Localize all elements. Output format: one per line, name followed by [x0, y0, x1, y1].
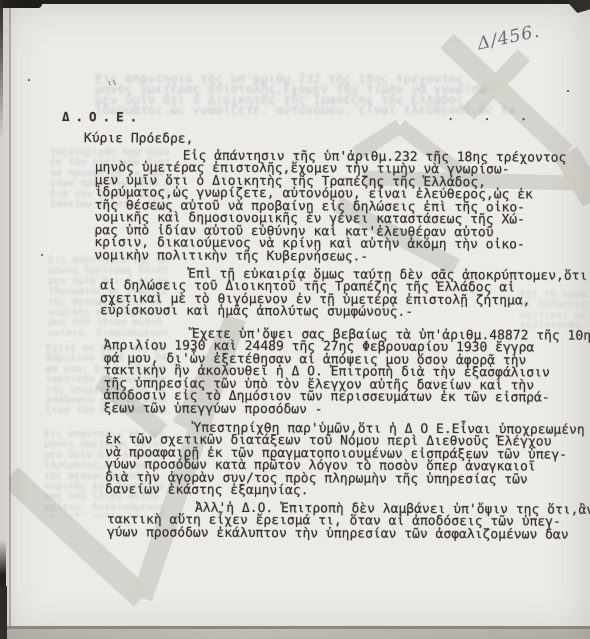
ink-dots-mark: · · · [447, 112, 538, 126]
paragraph-4: Ὑπεστηρίχθη παρ'ὑμῶν,ὅτι ἡ Δ Ο Ε.Εἶναι ὑ… [105, 422, 585, 499]
paragraph-1: Εἰς ἀπάντησιν τῆς ὑπ'ἀριθμ.232 τῆς 18ης … [94, 150, 566, 265]
scanned-letter-page: Εἰς ἀπάντησιν τῆς ὑπ'ἀριθμ.232 τῆς 18ης … [0, 0, 590, 639]
letter-body: Δ.Ο.Ε. · · · Κύριε Πρόεδρε, Εἰς ἀπάντησι… [0, 0, 590, 639]
scan-bottom-left-shadow [0, 586, 7, 639]
dust-speck [28, 79, 30, 81]
scan-bottom-band [0, 629, 590, 639]
salutation: Κύριε Πρόεδρε, [84, 131, 194, 147]
paragraph-3: Ἔχετε ὑπ'ὄψει σας βεβαίως τὰ ὑπ'ἀριθμ.48… [103, 328, 590, 418]
page-crease-line [9, 4, 11, 627]
dust-speck [567, 90, 569, 92]
scan-top-left-edge [0, 0, 42, 8]
scan-top-edge [0, 0, 590, 4]
pencil-tick-mark: ιι [106, 77, 117, 88]
scan-left-edge-top-shadow [0, 0, 3, 140]
dust-speck [41, 254, 43, 256]
organization-heading: Δ.Ο.Ε. [62, 109, 143, 124]
paragraph-5: Ἀλλ'ἡ Δ.Ο. Ἐπιτροπὴ δὲν λαμβάνει ὑπ'ὄψιν… [107, 502, 590, 542]
paragraph-2: Ἐπὶ τῇ εὐκαιρίᾳ ὅμως ταύτῃ δὲν σᾶς ἀποκρ… [100, 268, 587, 320]
